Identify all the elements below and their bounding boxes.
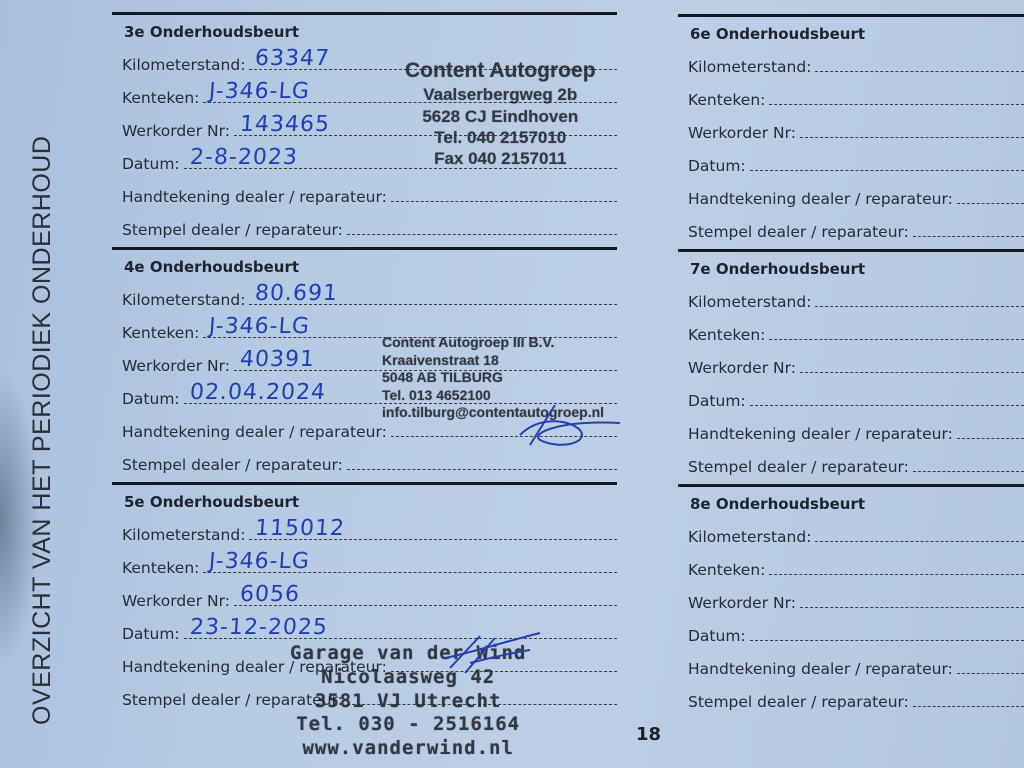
kenteken-label: Kenteken: [688,91,765,109]
km-label: Kilometerstand: [122,291,245,309]
right-column: 6e Onderhoudsbeurt Kilometerstand: Kente… [678,14,1024,719]
stempel-label: Stempel dealer / reparateur: [122,456,343,474]
werkorder-label: Werkorder Nr: [122,357,230,375]
handtekening-line[interactable] [957,673,1024,674]
dealer-stamp-eindhoven: Content AutogroepVaalserbergweg 2b5628 C… [405,58,596,169]
section-rule [678,14,1024,17]
stamp-line: www.vanderwind.nl [290,737,526,761]
page-number: 18 [636,724,661,745]
stamp-line: Kraaivenstraat 18 [382,352,604,370]
kenteken-label: Kenteken: [122,324,199,342]
kenteken-line[interactable] [769,339,1024,340]
werkorder-line[interactable] [800,137,1024,138]
section-title: 4e Onderhoudsbeurt [124,258,617,276]
kenteken-field[interactable]: Kenteken:J-346-LG [122,544,617,577]
kenteken-label: Kenteken: [688,561,765,579]
kenteken-label: Kenteken: [122,559,199,577]
kenteken-value: J-346-LG [209,314,312,339]
datum-line[interactable] [750,405,1024,406]
werkorder-line[interactable] [800,372,1024,373]
section-title: 5e Onderhoudsbeurt [124,493,617,511]
kenteken-field[interactable]: Kenteken: [688,546,1024,579]
stempel-label: Stempel dealer / reparateur: [688,223,909,241]
stamp-line: 3581 VJ Utrecht [290,690,526,714]
datum-label: Datum: [122,390,180,408]
werkorder-label: Werkorder Nr: [122,122,230,140]
stempel-field[interactable]: Stempel dealer / reparateur: [122,206,617,239]
stamp-line: Tel. 040 2157010 [405,127,596,148]
werkorder-field[interactable]: Werkorder Nr: [688,344,1024,377]
kenteken-value: J-346-LG [209,549,312,574]
stamp-line: Fax 040 2157011 [405,148,596,169]
datum-field[interactable]: Datum: [688,142,1024,175]
section-rule [112,247,617,250]
km-line[interactable]: 80.691 [249,304,617,305]
section-title: 8e Onderhoudsbeurt [690,495,1024,513]
handtekening-label: Handtekening dealer / reparateur: [122,188,387,206]
side-title: OVERZICHT VAN HET PERIODIEK ONDERHOUD [28,136,57,725]
km-line[interactable] [815,71,1024,72]
kenteken-field[interactable]: Kenteken: [688,311,1024,344]
werkorder-value: 6056 [239,582,301,607]
km-label: Kilometerstand: [688,293,811,311]
handtekening-field[interactable]: Handtekening dealer / reparateur: [688,175,1024,208]
stempel-field[interactable]: Stempel dealer / reparateur: [688,443,1024,476]
kenteken-field[interactable]: Kenteken: [688,76,1024,109]
werkorder-value: 143465 [239,112,331,137]
werkorder-label: Werkorder Nr: [688,359,796,377]
km-line[interactable] [815,541,1024,542]
datum-line[interactable] [750,640,1024,641]
km-value: 63347 [255,46,332,71]
datum-value: 02.04.2024 [189,380,327,405]
werkorder-label: Werkorder Nr: [688,594,796,612]
section-rule [112,12,617,15]
stempel-label: Stempel dealer / reparateur: [688,458,909,476]
section-rule [678,249,1024,252]
stempel-label: Stempel dealer / reparateur: [688,693,909,711]
kenteken-line[interactable] [769,574,1024,575]
handtekening-line[interactable] [391,201,617,202]
datum-label: Datum: [122,155,180,173]
service-section: 8e Onderhoudsbeurt Kilometerstand: Kente… [678,484,1024,719]
stempel-label: Stempel dealer / reparateur: [122,221,343,239]
km-line[interactable]: 115012 [249,539,617,540]
kenteken-value: J-346-LG [209,79,312,104]
km-field[interactable]: Kilometerstand: [688,513,1024,546]
werkorder-value: 40391 [239,347,316,372]
stamp-line: 5628 CJ Eindhoven [405,106,596,127]
datum-field[interactable]: Datum: [688,612,1024,645]
kenteken-label: Kenteken: [688,326,765,344]
stempel-line[interactable] [347,469,617,470]
datum-line[interactable]: 23-12-2025 [184,638,617,639]
kenteken-line[interactable]: J-346-LG [203,572,617,573]
stempel-field[interactable]: Stempel dealer / reparateur: [688,678,1024,711]
handtekening-label: Handtekening dealer / reparateur: [688,660,953,678]
km-label: Kilometerstand: [122,526,245,544]
stempel-field[interactable]: Stempel dealer / reparateur: [688,208,1024,241]
km-label: Kilometerstand: [688,58,811,76]
handtekening-line[interactable] [957,438,1024,439]
km-label: Kilometerstand: [122,56,245,74]
handtekening-label: Handtekening dealer / reparateur: [122,423,387,441]
handtekening-label: Handtekening dealer / reparateur: [688,190,953,208]
werkorder-field[interactable]: Werkorder Nr: [688,109,1024,142]
km-value: 80.691 [255,281,340,306]
section-title: 6e Onderhoudsbeurt [690,25,1024,43]
km-line[interactable] [815,306,1024,307]
handtekening-field[interactable]: Handtekening dealer / reparateur: [688,410,1024,443]
werkorder-line[interactable]: 6056 [234,605,617,606]
service-section: 7e Onderhoudsbeurt Kilometerstand: Kente… [678,249,1024,484]
datum-label: Datum: [688,627,746,645]
stamp-line: Content Autogroep [405,58,596,84]
kenteken-line[interactable] [769,104,1024,105]
datum-label: Datum: [688,157,746,175]
km-field[interactable]: Kilometerstand:80.691 [122,276,617,309]
werkorder-field[interactable]: Werkorder Nr:6056 [122,577,617,610]
signature-4e [500,395,630,455]
kenteken-label: Kenteken: [122,89,199,107]
signature-5e [440,628,550,678]
werkorder-line[interactable] [800,607,1024,608]
service-section: 6e Onderhoudsbeurt Kilometerstand: Kente… [678,14,1024,249]
stamp-line: Vaalserbergweg 2b [405,84,596,105]
handtekening-field[interactable]: Handtekening dealer / reparateur: [688,645,1024,678]
stamp-line: 5048 AB TILBURG [382,369,604,387]
datum-value: 23-12-2025 [189,615,329,640]
section-rule [112,482,617,485]
stempel-line[interactable] [913,471,1024,472]
handtekening-label: Handtekening dealer / reparateur: [688,425,953,443]
handtekening-line[interactable] [957,203,1024,204]
section-title: 3e Onderhoudsbeurt [124,23,617,41]
section-rule [678,484,1024,487]
werkorder-label: Werkorder Nr: [688,124,796,142]
datum-line[interactable] [750,170,1024,171]
stempel-line[interactable] [913,706,1024,707]
datum-field[interactable]: Datum: [688,377,1024,410]
datum-label: Datum: [688,392,746,410]
km-field[interactable]: Kilometerstand: [688,43,1024,76]
werkorder-field[interactable]: Werkorder Nr: [688,579,1024,612]
stamp-line: Content Autogroep III B.V. [382,334,604,352]
handtekening-field[interactable]: Handtekening dealer / reparateur: [122,173,617,206]
datum-label: Datum: [122,625,180,643]
km-field[interactable]: Kilometerstand:115012 [122,511,617,544]
stamp-line: Tel. 030 - 2516164 [290,713,526,737]
km-value: 115012 [255,516,347,541]
km-field[interactable]: Kilometerstand: [688,278,1024,311]
section-title: 7e Onderhoudsbeurt [690,260,1024,278]
km-label: Kilometerstand: [688,528,811,546]
stempel-line[interactable] [347,234,617,235]
stempel-line[interactable] [913,236,1024,237]
werkorder-label: Werkorder Nr: [122,592,230,610]
datum-value: 2-8-2023 [189,145,299,170]
